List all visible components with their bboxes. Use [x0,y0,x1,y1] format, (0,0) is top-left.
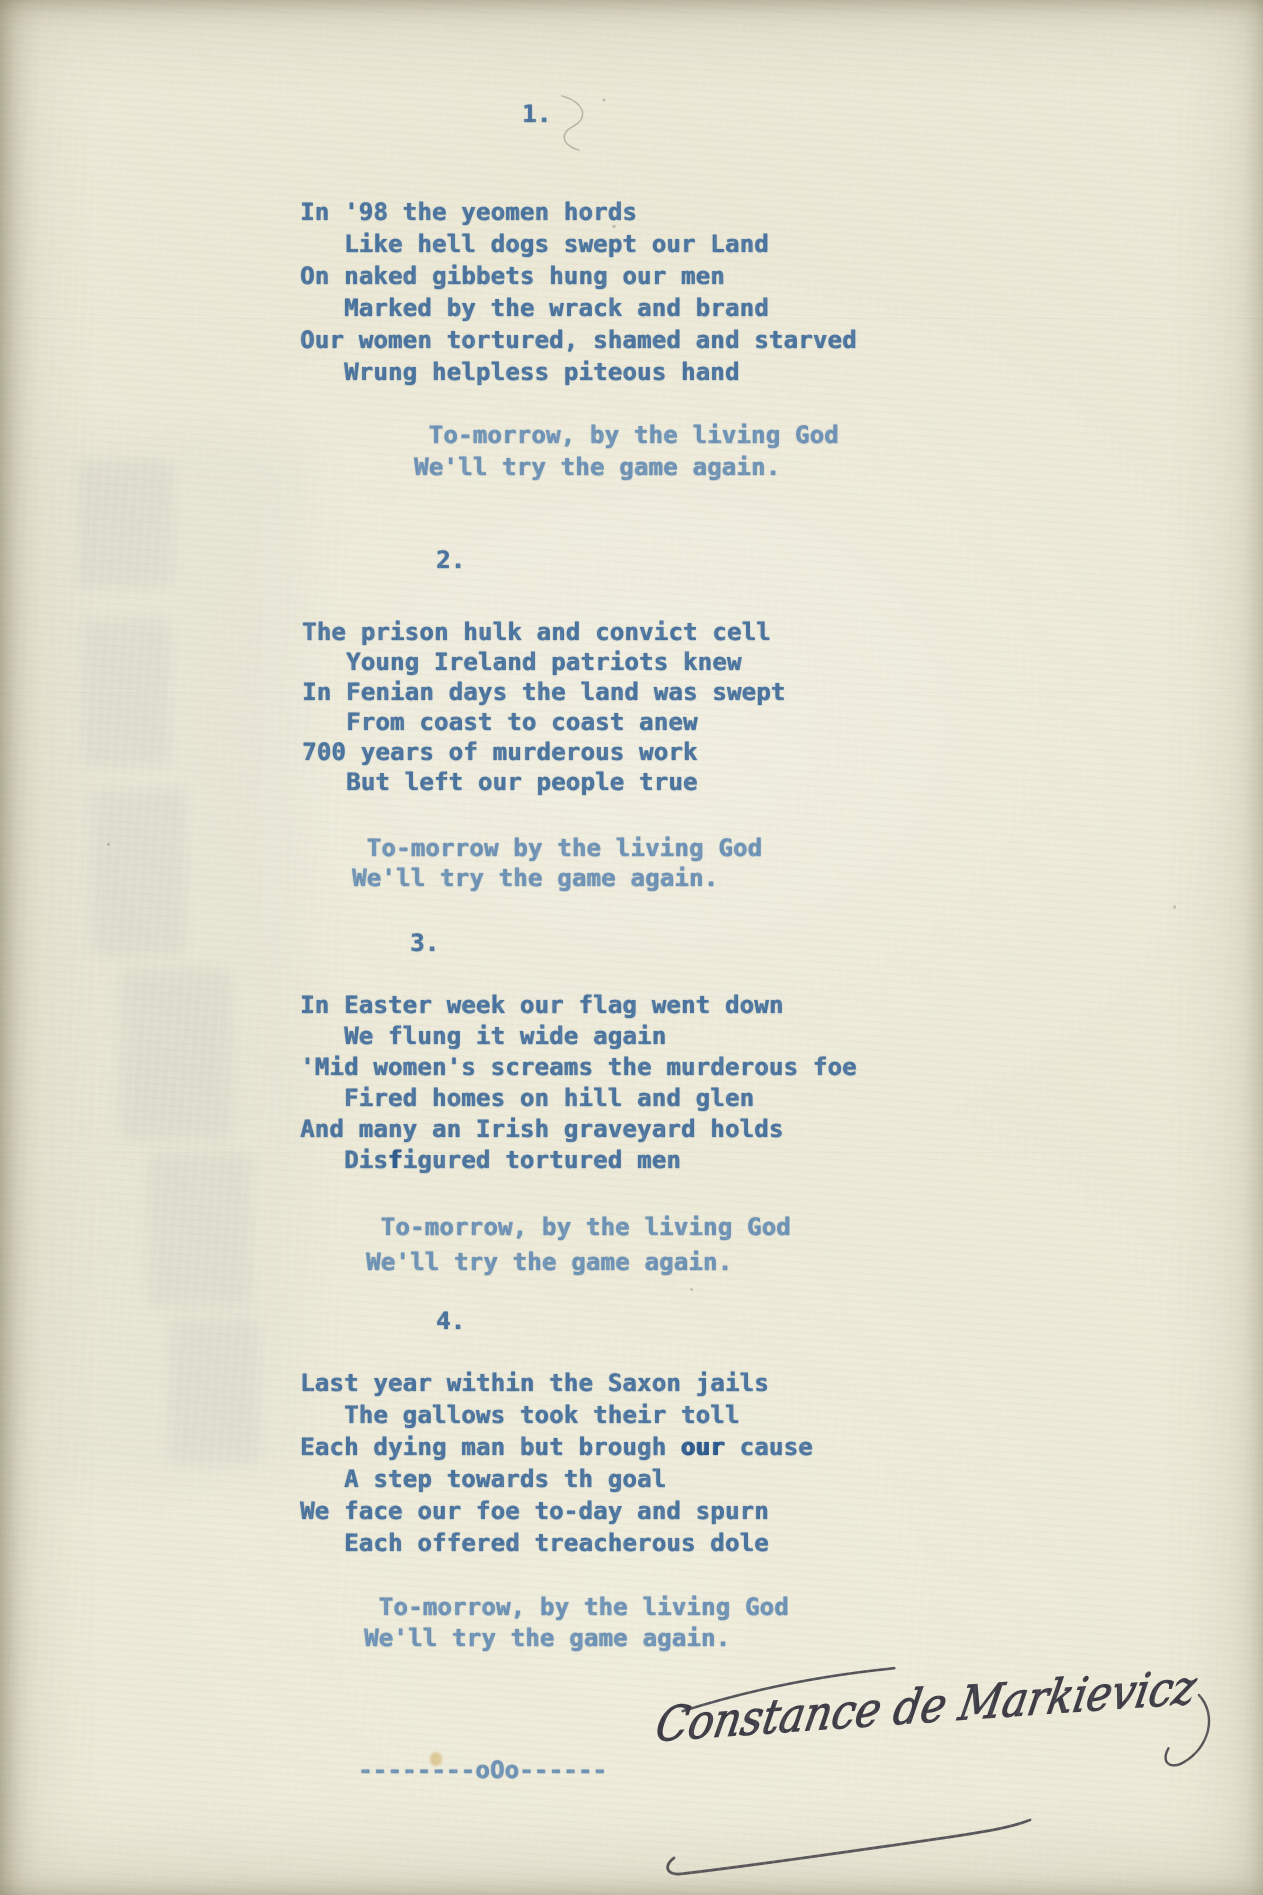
paper-speck [690,1288,693,1291]
poem-line: We'll try the game again. [414,451,839,483]
poem-line: To-morrow by the living God [352,833,762,863]
stanza-number-1: 1. [522,100,551,128]
poem-text: igured tortured men [403,1146,681,1174]
poem-line: In Easter week our flag went down [300,990,857,1021]
poem-line: We face our foe to-day and spurn [300,1495,813,1527]
poem-line: Our women tortured, shamed and starved [300,324,857,356]
poem-line: Like hell dogs swept our Land [300,228,857,260]
bleed-through-haze [50,430,310,1490]
bleed-through-mark [84,618,170,768]
poem-line: Each dying man but brough our cause [300,1431,813,1463]
divider-ooo: --------oOo------ [358,1756,607,1784]
signature-group: Constance de Markievicz [647,1647,1212,1802]
poem-line: From coast to coast anew [302,707,785,737]
poem-line: Last year within the Saxon jails [300,1367,813,1399]
stanza-2: The prison hulk and convict cell Young I… [302,617,785,797]
stanza-number-3: 3. [410,929,439,957]
bleed-through-mark [120,968,232,1140]
refrain-3: To-morrow, by the living GodWe'll try th… [366,1210,791,1280]
pencil-stroke [562,96,583,150]
signature-block: Constance de Markievicz [588,1630,1263,1895]
document-page: 1. In '98 the yeomen hords Like hell dog… [0,0,1263,1895]
poem-line: 'Mid women's screams the murderous foe [300,1052,857,1083]
poem-line: In '98 the yeomen hords [300,196,857,228]
paper-speck [1173,905,1176,909]
bleed-through-mark [78,460,174,588]
poem-line: In Fenian days the land was swept [302,677,785,707]
refrain-1: To-morrow, by the living GodWe'll try th… [414,419,839,483]
poem-text: cause [725,1433,813,1461]
stanza-number-4: 4. [436,1307,465,1335]
stanza-4: Last year within the Saxon jails The gal… [300,1367,813,1559]
poem-text: Dis [300,1146,388,1174]
poem-text: Each dying man but brough [300,1433,681,1461]
poem-line: Marked by the wrack and brand [300,292,857,324]
bleed-through-mark [168,1318,260,1464]
bleed-through-mark [148,1152,252,1308]
poem-line: A step towards th goal [300,1463,813,1495]
stanza-1: In '98 the yeomen hords Like hell dogs s… [300,196,857,388]
poem-line: Fired homes on hill and glen [300,1083,857,1114]
poem-line: To-morrow, by the living God [414,419,839,451]
stanza-3: In Easter week our flag went down We flu… [300,990,857,1176]
poem-line: We'll try the game again. [366,1245,791,1280]
bleed-through-mark [92,788,186,956]
overstruck-text: our [681,1433,725,1461]
poem-line: But left our people true [302,767,785,797]
poem-line: 700 years of murderous work [302,737,785,767]
poem-line: We'll try the game again. [352,863,762,893]
overstruck-text: f [388,1146,403,1174]
stanza-number-2: 2. [436,546,465,574]
poem-line: On naked gibbets hung our men [300,260,857,292]
pencil-dot [603,99,606,102]
poem-line: And many an Irish graveyard holds [300,1114,857,1145]
poem-line: We flung it wide again [300,1021,857,1052]
poem-line: Disfigured tortured men [300,1145,857,1176]
signature-text: Constance de Markievicz [652,1660,1201,1753]
poem-line: To-morrow, by the living God [366,1210,791,1245]
poem-line: Young Ireland patriots knew [302,647,785,677]
poem-line: The prison hulk and convict cell [302,617,785,647]
signature-underline-flourish [668,1820,1030,1874]
refrain-2: To-morrow by the living GodWe'll try the… [352,833,762,893]
poem-line: Wrung helpless piteous hand [300,356,857,388]
poem-line: The gallows took their toll [300,1399,813,1431]
paper-speck [107,843,110,846]
poem-line: To-morrow, by the living God [364,1592,789,1623]
poem-line: Each offered treacherous dole [300,1527,813,1559]
pencil-mark [542,86,628,164]
